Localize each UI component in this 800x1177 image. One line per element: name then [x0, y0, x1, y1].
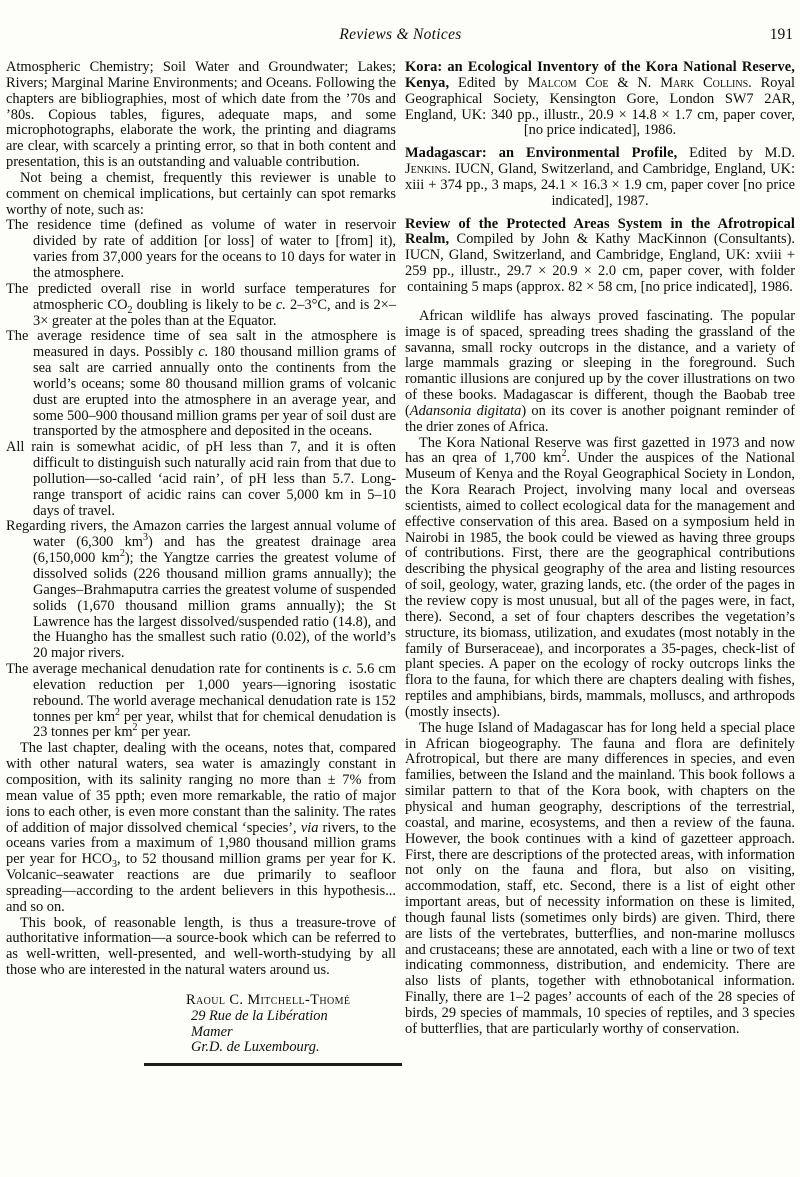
reviewer-address-line: Mamer — [191, 1025, 396, 1041]
review-paragraph-kora-reserve: The Kora National Reserve was first gaze… — [405, 436, 795, 721]
section-divider-rule — [144, 1063, 402, 1066]
note-item-sea-salt: The average residence time of sea salt i… — [6, 329, 396, 440]
page-number: 191 — [770, 26, 793, 44]
review-paragraph-african-wildlife: African wildlife has always proved fasci… — [405, 309, 795, 436]
journal-page: Reviews & Notices 191 Atmospheric Chemis… — [0, 0, 800, 1177]
citation-kora: Kora: an Ecological Inventory of the Kor… — [405, 60, 795, 139]
continuation-paragraph: Atmospheric Chemistry; Soil Water and Gr… — [6, 60, 396, 171]
left-column: Atmospheric Chemistry; Soil Water and Gr… — [6, 60, 396, 1066]
note-item-acid-rain: All rain is somewhat acidic, of pH less … — [6, 440, 396, 519]
running-head: Reviews & Notices 191 — [6, 26, 795, 46]
citation-madagascar: Madagascar: an Environmental Profile, Ed… — [405, 146, 795, 209]
citation-protected-areas: Review of the Protected Areas System in … — [405, 217, 795, 296]
review-paragraph-madagascar: The huge Island of Madagascar has for lo… — [405, 721, 795, 1038]
two-column-body: Atmospheric Chemistry; Soil Water and Gr… — [6, 60, 795, 1066]
right-column: Kora: an Ecological Inventory of the Kor… — [405, 60, 795, 1066]
reviewer-address-line: 29 Rue de la Libération — [191, 1009, 396, 1025]
reviewer-name: Raoul C. Mitchell-Thomé — [186, 993, 396, 1009]
note-item-co2-rise: The predicted overall rise in world surf… — [6, 282, 396, 330]
note-item-rivers: Regarding rivers, the Amazon carries the… — [6, 519, 396, 662]
reviewer-address-line: Gr.D. de Luxembourg. — [191, 1040, 396, 1056]
intro-paragraph: Not being a chemist, frequently this rev… — [6, 171, 396, 219]
reviewer-signature: Raoul C. Mitchell-Thomé 29 Rue de la Lib… — [186, 993, 396, 1056]
conclusion-paragraph: This book, of reasonable length, is thus… — [6, 916, 396, 979]
journal-section-title: Reviews & Notices — [6, 26, 795, 44]
note-item-residence-time: The residence time (defined as volume of… — [6, 218, 396, 281]
last-chapter-paragraph: The last chapter, dealing with the ocean… — [6, 741, 396, 915]
note-item-denudation: The average mechanical denudation rate f… — [6, 662, 396, 741]
